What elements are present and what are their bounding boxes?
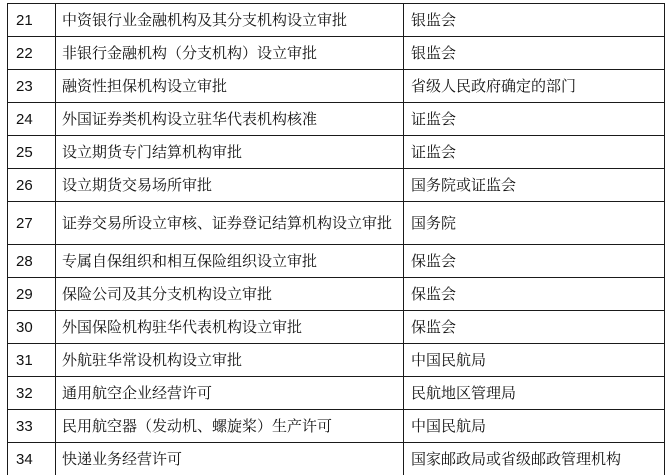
approval-item: 外航驻华常设机构设立审批 [56, 344, 404, 377]
table-row: 22 非银行金融机构（分支机构）设立审批 银监会 [8, 37, 665, 70]
approval-item: 证券交易所设立审核、证券登记结算机构设立审批 [56, 202, 404, 245]
approval-item: 设立期货专门结算机构审批 [56, 136, 404, 169]
approving-authority: 保监会 [404, 311, 665, 344]
row-number: 21 [8, 4, 56, 37]
approval-item: 专属自保组织和相互保险组织设立审批 [56, 245, 404, 278]
approving-authority: 国务院 [404, 202, 665, 245]
row-number: 31 [8, 344, 56, 377]
approving-authority: 国务院或证监会 [404, 169, 665, 202]
row-number: 32 [8, 377, 56, 410]
approving-authority: 中国民航局 [404, 344, 665, 377]
table-row: 29 保险公司及其分支机构设立审批 保监会 [8, 278, 665, 311]
approving-authority: 银监会 [404, 4, 665, 37]
row-number: 26 [8, 169, 56, 202]
row-number: 24 [8, 103, 56, 136]
table-row: 34 快递业务经营许可 国家邮政局或省级邮政管理机构 [8, 443, 665, 475]
row-number: 23 [8, 70, 56, 103]
row-number: 29 [8, 278, 56, 311]
approving-authority: 民航地区管理局 [404, 377, 665, 410]
table-row: 32 通用航空企业经营许可 民航地区管理局 [8, 377, 665, 410]
approval-item: 快递业务经营许可 [56, 443, 404, 475]
approval-item: 中资银行业金融机构及其分支机构设立审批 [56, 4, 404, 37]
table-row: 28 专属自保组织和相互保险组织设立审批 保监会 [8, 245, 665, 278]
approving-authority: 银监会 [404, 37, 665, 70]
table-row: 23 融资性担保机构设立审批 省级人民政府确定的部门 [8, 70, 665, 103]
approval-item: 保险公司及其分支机构设立审批 [56, 278, 404, 311]
row-number: 22 [8, 37, 56, 70]
approving-authority: 中国民航局 [404, 410, 665, 443]
approval-item: 外国保险机构驻华代表机构设立审批 [56, 311, 404, 344]
approval-item: 融资性担保机构设立审批 [56, 70, 404, 103]
table-row: 26 设立期货交易场所审批 国务院或证监会 [8, 169, 665, 202]
table-row: 24 外国证券类机构设立驻华代表机构核准 证监会 [8, 103, 665, 136]
row-number: 28 [8, 245, 56, 278]
table-row: 27 证券交易所设立审核、证券登记结算机构设立审批 国务院 [8, 202, 665, 245]
approval-item: 非银行金融机构（分支机构）设立审批 [56, 37, 404, 70]
approving-authority: 证监会 [404, 136, 665, 169]
row-number: 27 [8, 202, 56, 245]
approval-item: 外国证券类机构设立驻华代表机构核准 [56, 103, 404, 136]
approving-authority: 证监会 [404, 103, 665, 136]
approving-authority: 国家邮政局或省级邮政管理机构 [404, 443, 665, 475]
approving-authority: 省级人民政府确定的部门 [404, 70, 665, 103]
table-row: 31 外航驻华常设机构设立审批 中国民航局 [8, 344, 665, 377]
approval-item: 通用航空企业经营许可 [56, 377, 404, 410]
approval-item: 民用航空器（发动机、螺旋桨）生产许可 [56, 410, 404, 443]
approval-item: 设立期货交易场所审批 [56, 169, 404, 202]
row-number: 25 [8, 136, 56, 169]
table-row: 21 中资银行业金融机构及其分支机构设立审批 银监会 [8, 4, 665, 37]
table-row: 25 设立期货专门结算机构审批 证监会 [8, 136, 665, 169]
row-number: 34 [8, 443, 56, 475]
approval-items-table: 21 中资银行业金融机构及其分支机构设立审批 银监会 22 非银行金融机构（分支… [7, 3, 665, 475]
approving-authority: 保监会 [404, 245, 665, 278]
approving-authority: 保监会 [404, 278, 665, 311]
row-number: 33 [8, 410, 56, 443]
row-number: 30 [8, 311, 56, 344]
table-row: 33 民用航空器（发动机、螺旋桨）生产许可 中国民航局 [8, 410, 665, 443]
table-row: 30 外国保险机构驻华代表机构设立审批 保监会 [8, 311, 665, 344]
